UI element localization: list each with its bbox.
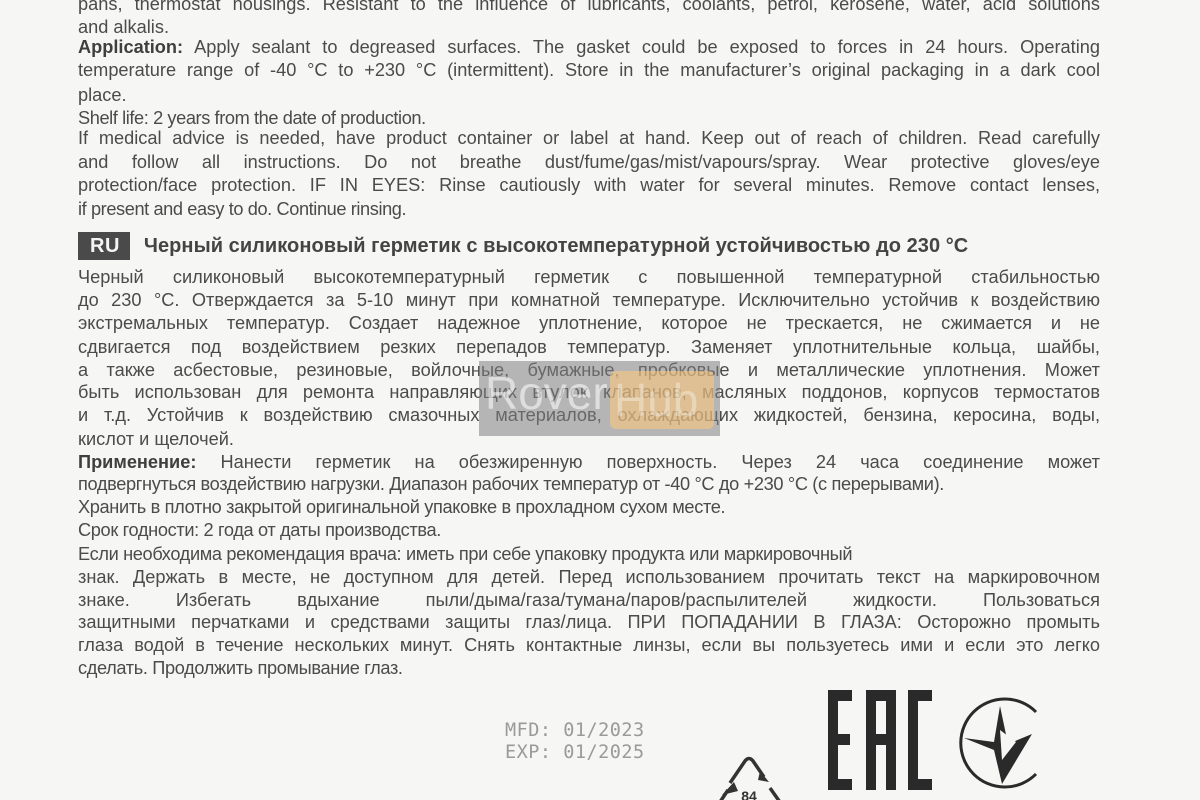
ru-application-line: Хранить в плотно закрытой оригинальной у… [78, 496, 1100, 519]
en-safety-line: If medical advice is needed, have produc… [78, 127, 1100, 150]
ru-description-line: до 230 °C. Отверждается за 5-10 минут пр… [78, 289, 1100, 312]
en-safety-line: and follow all instructions. Do not brea… [78, 151, 1100, 174]
recycling-triangle-icon: 84 [712, 755, 792, 800]
ru-shelf-life: Срок годности: 2 года от даты производст… [78, 519, 1100, 542]
en-safety-line: protection/face protection. IF IN EYES: … [78, 174, 1100, 197]
manufacture-date: MFD: 01/2023 [505, 720, 645, 742]
en-application-line: Application: Apply sealant to degreased … [78, 36, 1100, 59]
ru-description-line: Черный силиконовый высокотемпературный г… [78, 266, 1100, 289]
en-application-label: Application: [78, 37, 183, 57]
ru-section-title: Черный силиконовый герметик с высокотемп… [144, 235, 968, 258]
language-badge: RU [78, 232, 130, 260]
ru-safety-line: Если необходима рекомендация врача: имет… [78, 543, 1100, 566]
ru-application-line: Применение: Нанести герметик на обезжире… [78, 451, 1100, 474]
ru-safety-line: глаза водой в течение нескольких минут. … [78, 634, 1100, 657]
expiry-date: EXP: 01/2025 [505, 742, 645, 764]
ru-section-header: RU Черный силиконовый герметик с высокот… [78, 231, 1108, 261]
watermark-text: Rover [485, 366, 608, 420]
svg-text:84: 84 [741, 788, 757, 800]
en-safety-line: if present and easy to do. Continue rins… [78, 198, 1100, 221]
ru-safety-line: защитными перчатками и средствами защиты… [78, 611, 1100, 634]
en-text-line: pans, thermostat housings. Resistant to … [78, 0, 1100, 16]
ru-application-line: подвергнуться воздействию нагрузки. Диап… [78, 473, 1100, 496]
ru-safety-line: знак. Держать в месте, не доступном для … [78, 566, 1100, 589]
ru-safety-line: знаке. Избегать вдыхание пыли/дыма/газа/… [78, 589, 1100, 612]
ru-safety-line: сделать. Продолжить промывание глаз. [78, 657, 1100, 680]
watermark: Rover Hub [479, 361, 720, 436]
ru-description-line: сдвигается под воздействием резких переп… [78, 336, 1100, 359]
ukrainian-conformity-icon [950, 690, 1046, 794]
en-application-line: temperature range of -40 °C to +230 °C (… [78, 59, 1100, 82]
eac-conformity-icon [828, 690, 932, 792]
watermark-badge: Hub [610, 371, 714, 429]
ru-application-label: Применение: [78, 452, 196, 472]
product-label-page: pans, thermostat housings. Resistant to … [0, 0, 1200, 800]
en-application-line: place. [78, 84, 1100, 107]
ru-description-line: экстремальных температур. Создает надежн… [78, 312, 1100, 335]
